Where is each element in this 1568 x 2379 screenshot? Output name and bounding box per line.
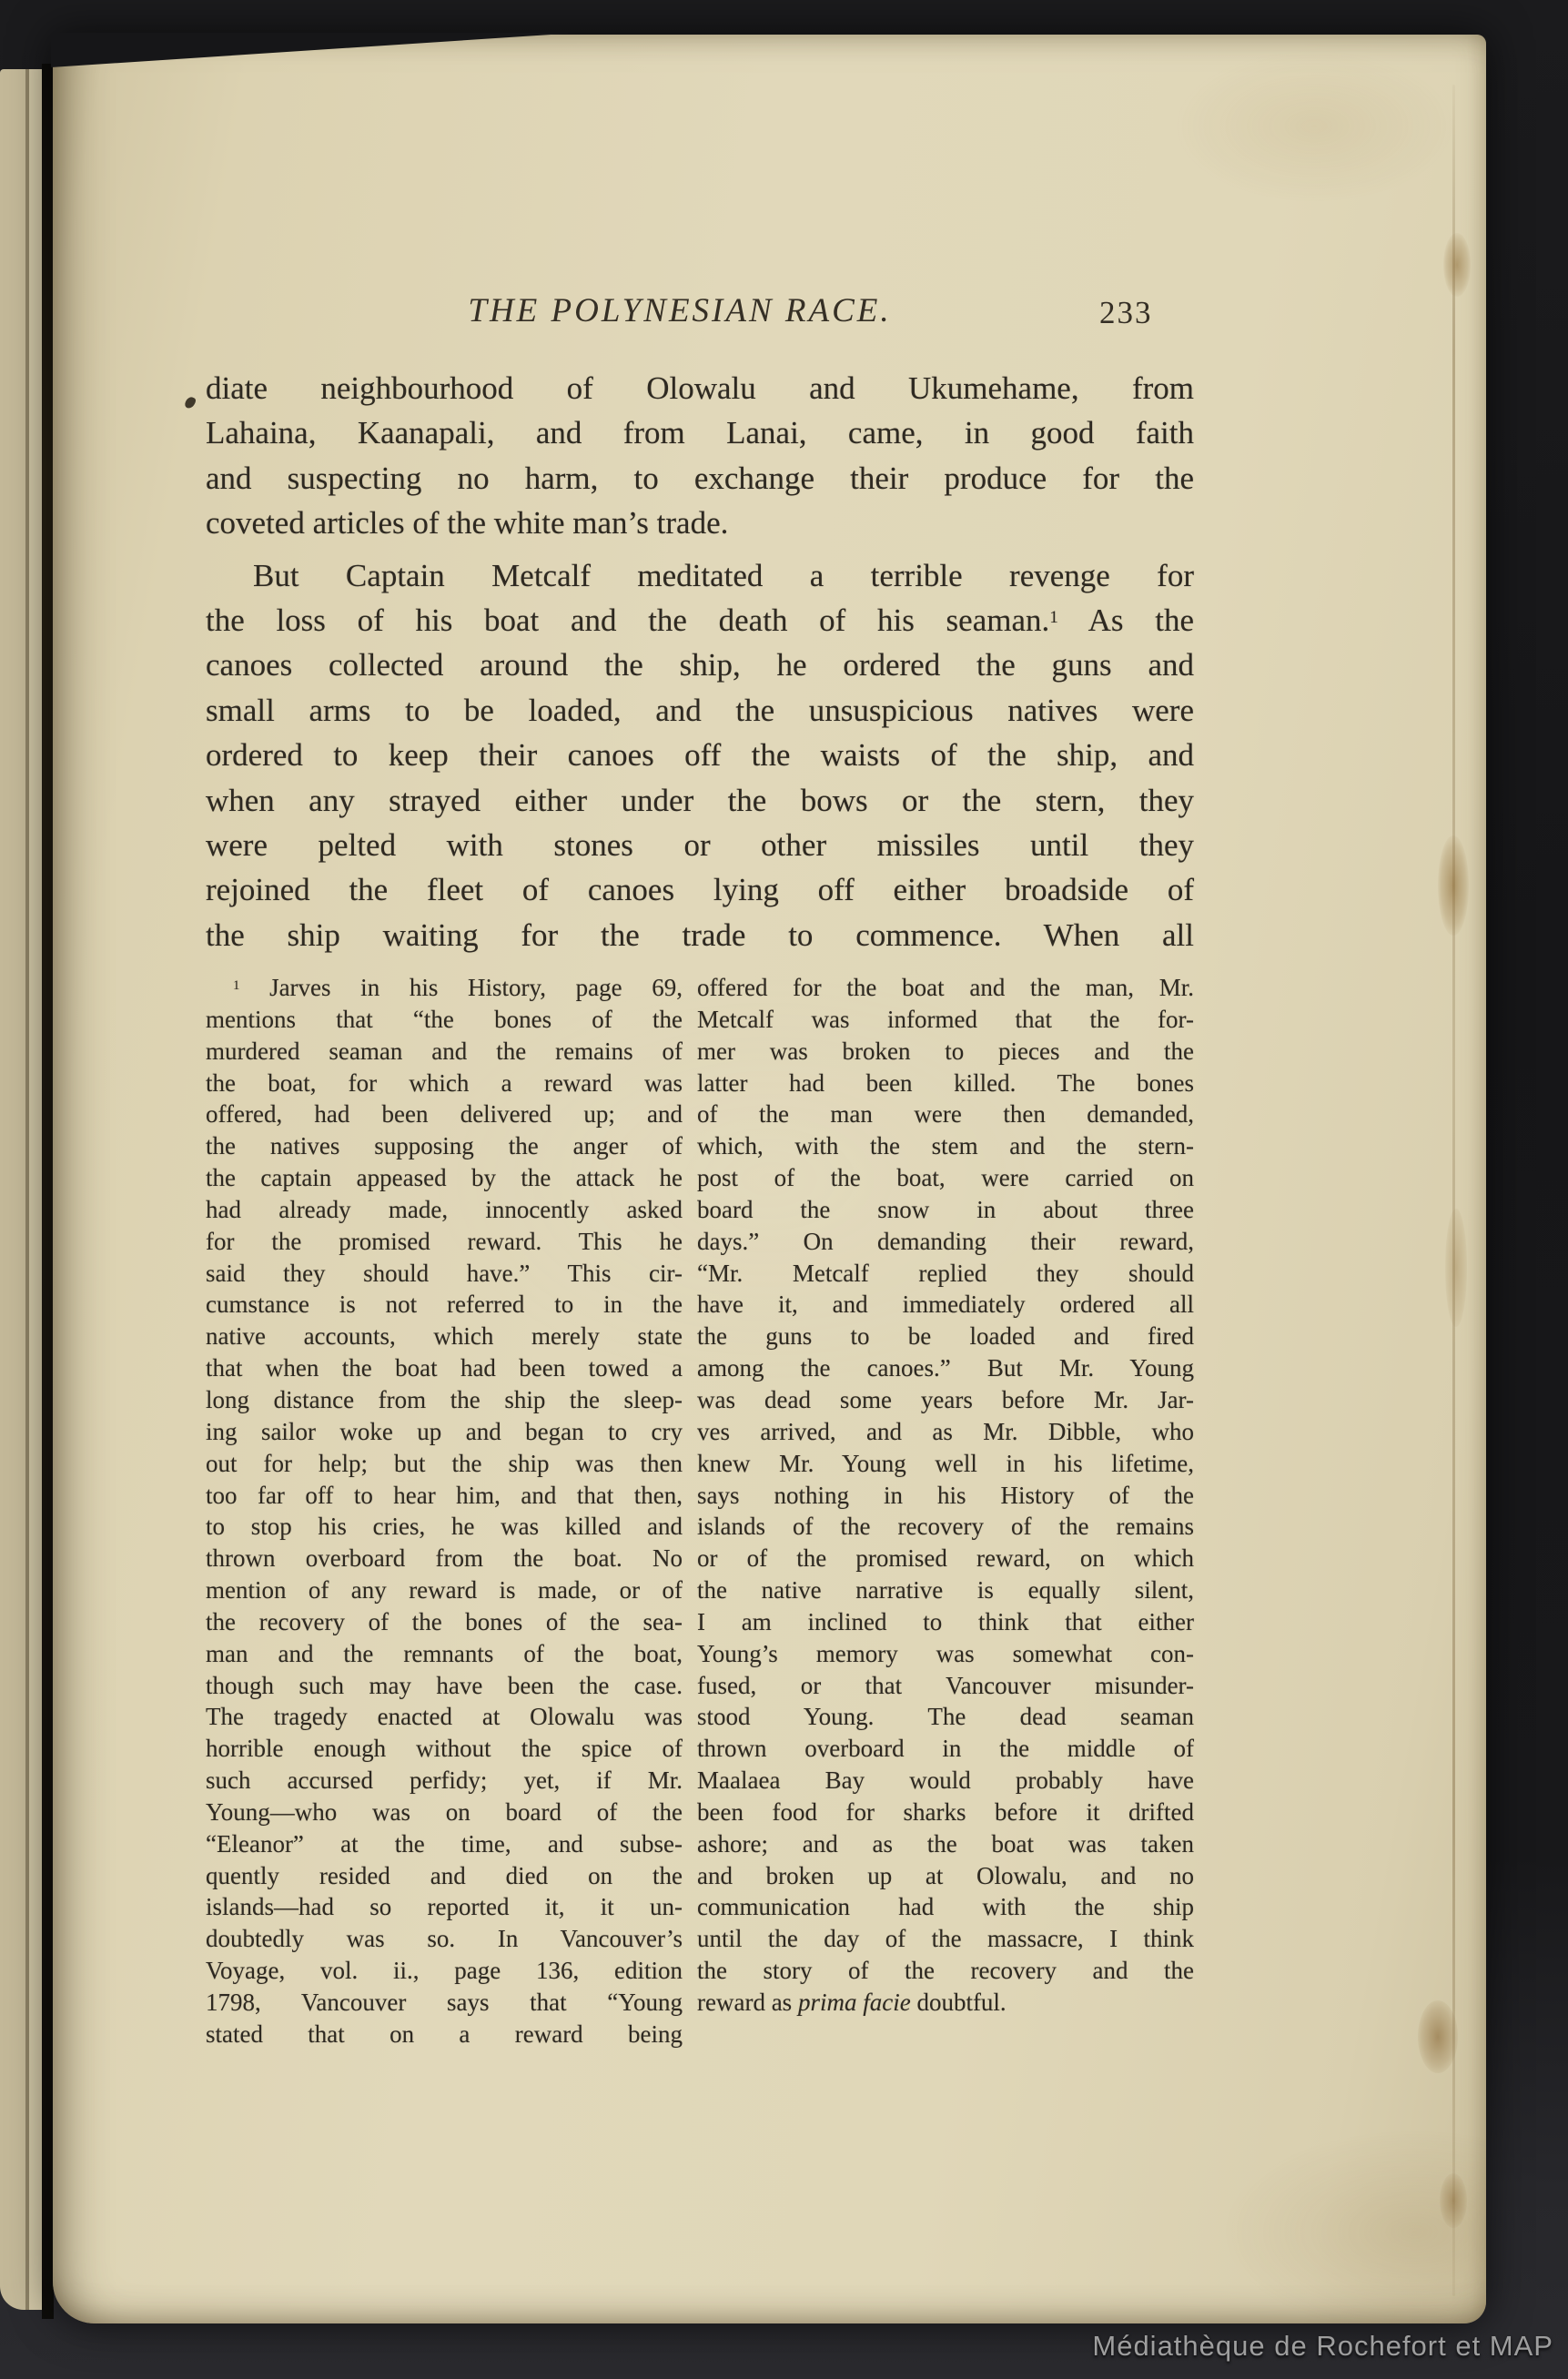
text-line: thrown overboard in the middle of [697,1733,1194,1765]
text-line: was dead some years before Mr. Jar- [697,1384,1194,1416]
text-line: and suspecting no harm, to exchange thei… [206,456,1194,501]
text-line: though such may have been the case. [206,1670,683,1702]
text-line: have it, and immediately ordered all [697,1289,1194,1321]
text-line: ves arrived, and as Mr. Dibble, who [697,1416,1194,1448]
text-line: mentions that “the bones of the [206,1004,683,1036]
page-number: 233 [1099,295,1153,331]
scanned-book-photo: THE POLYNESIAN RACE. 233 diate neighbour… [0,0,1568,2379]
text-line: or of the promised reward, on which [697,1543,1194,1574]
text-line: canoes collected around the ship, he ord… [206,643,1194,687]
text-line: 1798, Vancouver says that “Young [206,1987,683,2019]
text-line: Young—who was on board of the [206,1797,683,1828]
text-line: offered, had been delivered up; and [206,1098,683,1130]
text-line: and broken up at Olowalu, and no [697,1860,1194,1892]
text-line: the natives supposing the anger of [206,1130,683,1162]
text-line: when any strayed either under the bows o… [206,778,1194,823]
text-line: coveted articles of the white man’s trad… [206,501,1194,545]
text-line: Voyage, vol. ii., page 136, edition [206,1955,683,1987]
page-top-slant-shadow [51,33,579,67]
text-line: 1 Jarves in his History, page 69, [206,972,683,1004]
text-line: small arms to be loaded, and the unsuspi… [206,688,1194,733]
text-line: long distance from the ship the sleep- [206,1384,683,1416]
library-watermark: Médiathèque de Rochefort et MAP [1092,2330,1553,2363]
book-page: THE POLYNESIAN RACE. 233 diate neighbour… [53,35,1486,2323]
footnote-column-right: offered for the boat and the man, Mr.Met… [697,972,1194,2019]
text-line: the recovery of the bones of the sea- [206,1606,683,1638]
text-line: board the snow in about three [697,1194,1194,1226]
body-paragraph: But Captain Metcalf meditated a terrible… [206,553,1194,958]
text-line: horrible enough without the spice of [206,1733,683,1765]
foxing-stain [1443,233,1471,297]
text-line: for the promised reward. This he [206,1226,683,1258]
text-line: the native narrative is equally silent, [697,1574,1194,1606]
text-line: the captain appeased by the attack he [206,1162,683,1194]
page-crease-line [1452,85,1455,2296]
text-line: mention of any reward is made, or of [206,1574,683,1606]
body-paragraph: diate neighbourhood of Olowalu and Ukume… [206,366,1194,546]
text-line: knew Mr. Young well in his lifetime, [697,1448,1194,1480]
text-line: were pelted with stones or other missile… [206,823,1194,867]
text-line: diate neighbourhood of Olowalu and Ukume… [206,366,1194,410]
text-line: thrown overboard from the boat. No [206,1543,683,1574]
text-line: the story of the recovery and the [697,1955,1194,1987]
text-line: “Eleanor” at the time, and subse- [206,1828,683,1860]
text-line: Metcalf was informed that the for- [697,1004,1194,1036]
text-line: ordered to keep their canoes off the wai… [206,733,1194,777]
text-line: stated that on a reward being [206,2019,683,2050]
text-line: “Mr. Metcalf replied they should [697,1258,1194,1290]
text-line: had already made, innocently asked [206,1194,683,1226]
text-line: the loss of his boat and the death of hi… [206,598,1194,643]
text-line: to stop his cries, he was killed and [206,1511,683,1543]
text-line: reward as prima facie doubtful. [697,1987,1194,2019]
text-line: native accounts, which merely state [206,1321,683,1352]
facing-page-edge [0,69,42,2310]
text-line: The tragedy enacted at Olowalu was [206,1701,683,1733]
text-line: communication had with the ship [697,1891,1194,1923]
text-line: islands of the recovery of the remains [697,1511,1194,1543]
text-line: the boat, for which a reward was [206,1068,683,1099]
text-line: cumstance is not referred to in the [206,1289,683,1321]
text-line: of the man were then demanded, [697,1098,1194,1130]
text-line: Maalaea Bay would probably have [697,1765,1194,1797]
text-line: ing sailor woke up and began to cry [206,1416,683,1448]
text-line: fused, or that Vancouver misunder- [697,1670,1194,1702]
text-line: mer was broken to pieces and the [697,1036,1194,1068]
text-line: been food for sharks before it drifted [697,1797,1194,1828]
text-line: days.” On demanding their reward, [697,1226,1194,1258]
text-line: too far off to hear him, and that then, [206,1480,683,1512]
text-line: But Captain Metcalf meditated a terrible… [206,553,1194,598]
text-line: latter had been killed. The bones [697,1068,1194,1099]
text-line: islands—had so reported it, it un- [206,1891,683,1923]
text-line: said they should have.” This cir- [206,1258,683,1290]
text-line: stood Young. The dead seaman [697,1701,1194,1733]
text-line: which, with the stem and the stern- [697,1130,1194,1162]
text-line: quently resided and died on the [206,1860,683,1892]
text-line: the guns to be loaded and fired [697,1321,1194,1352]
text-line: doubtedly was so. In Vancouver’s [206,1923,683,1955]
text-line: that when the boat had been towed a [206,1352,683,1384]
text-line: murdered seaman and the remains of [206,1036,683,1068]
text-line: I am inclined to think that either [697,1606,1194,1638]
text-line: such accursed perfidy; yet, if Mr. [206,1765,683,1797]
text-line: among the canoes.” But Mr. Young [697,1352,1194,1384]
ink-speck [184,396,197,410]
text-line: until the day of the massacre, I think [697,1923,1194,1955]
text-line: man and the remnants of the boat, [206,1638,683,1670]
text-line: the ship waiting for the trade to commen… [206,913,1194,957]
text-line: Lahaina, Kaanapali, and from Lanai, came… [206,410,1194,455]
text-line: says nothing in his History of the [697,1480,1194,1512]
text-line: out for help; but the ship was then [206,1448,683,1480]
text-line: post of the boat, were carried on [697,1162,1194,1194]
text-line: rejoined the fleet of canoes lying off e… [206,867,1194,912]
text-line: offered for the boat and the man, Mr. [697,972,1194,1004]
text-line: Young’s memory was somewhat con- [697,1638,1194,1670]
body-text-block: diate neighbourhood of Olowalu and Ukume… [206,366,1194,957]
running-header-title: THE POLYNESIAN RACE. [206,291,1154,330]
foxing-stain [1445,1209,1467,1327]
footnote-column-left: 1 Jarves in his History, page 69,mention… [206,972,683,2050]
text-line: ashore; and as the boat was taken [697,1828,1194,1860]
